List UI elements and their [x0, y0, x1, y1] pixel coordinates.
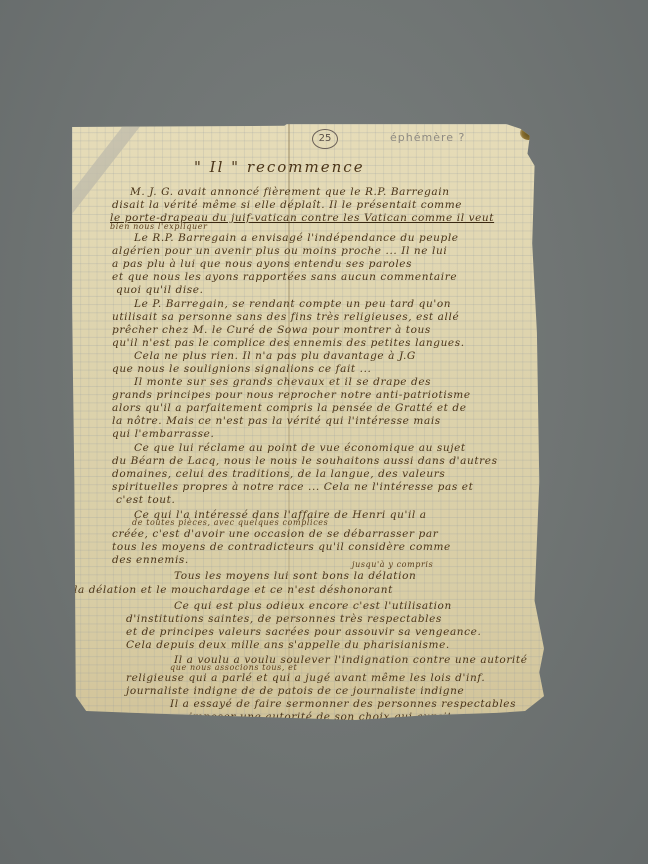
manuscript-line: M. J. G. avait annoncé fièrement que le …	[130, 186, 450, 198]
manuscript-line: et que nous les ayons rapportées sans au…	[112, 271, 457, 283]
manuscript-line: grands principes pour nous reprocher not…	[112, 389, 471, 401]
manuscript-line: Cela ne plus rien. Il n'a pas plu davant…	[134, 350, 416, 362]
manuscript-line: Tous les moyens lui sont bons la délatio…	[174, 570, 416, 582]
manuscript-line: religieuse qui a parlé et qui a jugé ava…	[126, 672, 485, 684]
manuscript-line: prêcher chez M. le Curé de Sowa pour mon…	[112, 324, 431, 336]
manuscript-page: 25 éphémère ? " Il " recommence M. J. G.…	[72, 124, 544, 720]
manuscript-line: algérien pour un avenir plus ou moins pr…	[112, 245, 447, 257]
manuscript-line: qui l'embarrasse.	[112, 428, 214, 440]
manuscript-line: c'est tout.	[116, 494, 175, 506]
manuscript-line: que nous associons tous, et	[170, 663, 297, 672]
page-title: " Il " recommence	[194, 158, 365, 176]
pencil-annotation: éphémère ?	[390, 131, 465, 144]
manuscript-line: du Béarn de Lacq, nous le nous le souhai…	[112, 455, 498, 467]
manuscript-line: journaliste indigne de de patois de ce j…	[126, 685, 464, 697]
page-number: 25	[312, 129, 338, 149]
manuscript-line: d'institutions saintes, de personnes trè…	[126, 613, 442, 625]
manuscript-line: la délation et le mouchardage et ce n'es…	[74, 584, 393, 596]
manuscript-line: quoi qu'il dise.	[116, 284, 204, 296]
manuscript-line: spirituelles propres à notre race ... Ce…	[112, 481, 473, 493]
manuscript-line: Ce qui est plus odieux encore c'est l'ut…	[174, 600, 452, 612]
manuscript-line: jusqu'à y compris	[352, 560, 433, 569]
manuscript-line: la nôtre. Mais ce n'est pas la vérité qu…	[112, 415, 441, 427]
manuscript-line: bien nous l'expliquer	[110, 222, 208, 231]
manuscript-line: de toutes pièces, avec quelques complice…	[132, 518, 328, 527]
manuscript-line: Cela depuis deux mille ans s'appelle du …	[126, 639, 450, 651]
stain-mark	[520, 126, 538, 140]
manuscript-line: créée, c'est d'avoir une occasion de se …	[112, 528, 438, 540]
manuscript-line: alors qu'il a parfaitement compris la pe…	[112, 402, 467, 414]
manuscript-line: Il monte sur ses grands chevaux et il se…	[134, 376, 431, 388]
manuscript-line: utilisait sa personne sans des fins très…	[112, 311, 459, 323]
manuscript-line: a pas plu à lui que nous ayons entendu s…	[112, 258, 412, 270]
manuscript-line: Le R.P. Barregain a envisagé l'indépenda…	[134, 232, 459, 244]
manuscript-line: Il a essayé de faire sermonner des perso…	[170, 698, 516, 710]
manuscript-line: des ennemis.	[112, 554, 189, 566]
manuscript-line: Le P. Barregain, se rendant compte un pe…	[134, 298, 451, 310]
manuscript-line: et de principes valeurs sacrées pour ass…	[126, 626, 481, 638]
manuscript-line: qu'il n'est pas le complice des ennemis …	[112, 337, 465, 349]
manuscript-line: Ce que lui réclame au point de vue écono…	[134, 442, 466, 454]
manuscript-line: que nous le soulignions signalions ce fa…	[112, 363, 371, 375]
manuscript-line: disait la vérité même si elle déplaît. I…	[112, 199, 462, 211]
manuscript-line: tous les moyens de contradicteurs qu'il …	[112, 541, 451, 553]
manuscript-line: pour nous imposer une autorité de son ch…	[126, 711, 452, 723]
manuscript-line: domaines, celui des traditions, de la la…	[112, 468, 445, 480]
